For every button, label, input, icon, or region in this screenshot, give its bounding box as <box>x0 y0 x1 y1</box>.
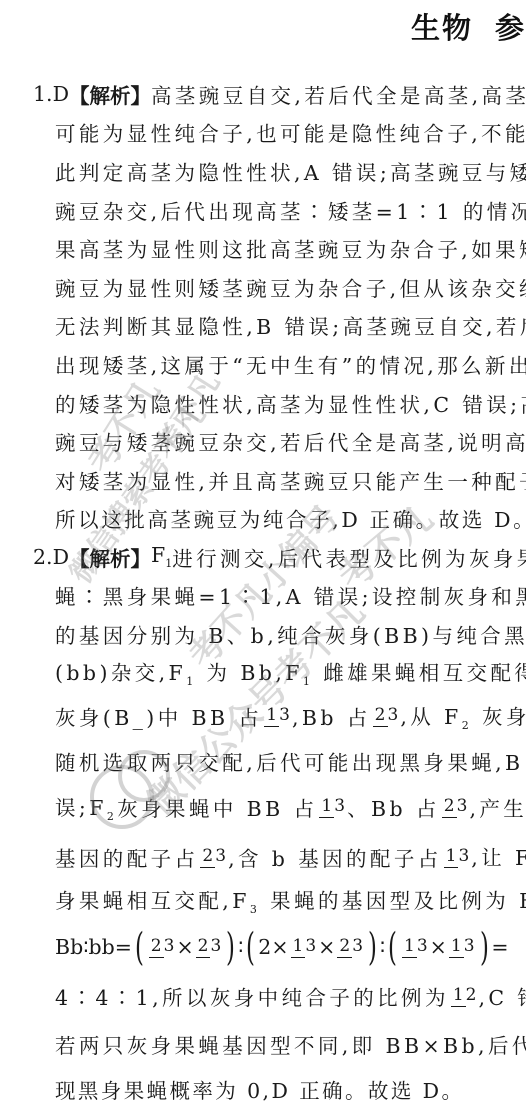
line-text: 现黑身果蝇概率为 0,D 正确。故选 D。 <box>55 1074 464 1104</box>
text-line: 4∶4∶1,所以灰身中纯合子的比例为 12 ,C 错误; <box>55 982 505 1010</box>
fraction: 23 <box>200 846 226 868</box>
fraction: 13 <box>264 705 290 727</box>
line-text: 进行测交,后代表型及比例为灰身果 <box>172 542 526 572</box>
fraction: 13 <box>319 796 345 818</box>
line-text: F1 <box>151 543 172 570</box>
line-text: 身果蝇相互交配,F3 果蝇的基因型及比例为 BB∶ <box>55 884 526 916</box>
line-text: 基因的配子占 <box>55 842 198 872</box>
watermark-text: 考不凡 <box>73 368 169 480</box>
text-line: 身果蝇相互交配,F3 果蝇的基因型及比例为 BB∶ <box>55 886 505 914</box>
formula-group: ( 13 × 13 ) <box>385 928 491 966</box>
line-text: 高茎豌豆自交,若后代全是高茎,高茎 <box>151 79 526 109</box>
text-line: 2.D 【解析】 F1 进行测交,后代表型及比例为灰身果 <box>55 543 505 571</box>
formula-line: Bb∶bb= ( 23 × 23 ) ∶ ( 2× 13 × 23 ) ∶ ( … <box>55 933 505 961</box>
text-line: 豌豆杂交,后代出现高茎∶矮茎=1∶1 的情况,如 <box>55 196 505 224</box>
text-line: 的基因分别为 B、b,纯合灰身(BB)与纯合黑身 <box>55 620 505 648</box>
text-line: 对矮茎为显性,并且高茎豌豆只能产生一种配子, <box>55 466 505 494</box>
line-text: ,产生的含 B <box>469 792 526 822</box>
subject-title: 生物 <box>411 11 473 45</box>
fraction: 23 <box>373 705 399 727</box>
text-line: 出现矮茎,这属于“无中生有”的情况,那么新出现 <box>55 350 505 378</box>
line-text: (bb)杂交,F1 为 Bb,F1 雌雄果蝇相互交配得 F2, <box>55 656 526 688</box>
text-line: 豌豆为显性则矮茎豌豆为杂合子,但从该杂交组合 <box>55 273 505 301</box>
header-cut-text: 参 <box>495 11 526 45</box>
line-text: 果高茎为显性则这批高茎豌豆为杂合子,如果矮茎 <box>55 233 526 263</box>
text-line: 豌豆与矮茎豌豆杂交,若后代全是高茎,说明高茎 <box>55 427 505 455</box>
line-text: 蝇∶黑身果蝇=1∶1,A 错误;设控制灰身和黑身 <box>55 580 526 610</box>
item-number: 2.D <box>33 545 69 569</box>
line-text: 、Bb 占 <box>347 792 440 822</box>
line-text: ,含 b 基因的配子占 <box>228 842 442 872</box>
page-header: 生物参 <box>411 6 526 46</box>
item-number: 1.D <box>33 82 69 106</box>
line-text: 灰身(B_)中 BB 占 <box>55 701 262 731</box>
line-text: 豌豆与矮茎豌豆杂交,若后代全是高茎,说明高茎 <box>55 426 526 456</box>
text-line: 此判定高茎为隐性性状,A 错误;高茎豌豆与矮茎 <box>55 157 505 185</box>
text-line: 1.D 【解析】 高茎豌豆自交,若后代全是高茎,高茎 <box>55 80 505 108</box>
fraction: 12 <box>451 985 477 1007</box>
text-line: 所以这批高茎豌豆为纯合子,D 正确。故选 D。 <box>55 504 505 532</box>
line-text: 无法判断其显隐性,B 错误;高茎豌豆自交,若后代 <box>55 310 526 340</box>
line-text: Bb∶bb= <box>55 935 132 959</box>
line-text: 若两只灰身果蝇基因型不同,即 BB×Bb,后代出 <box>55 1029 526 1059</box>
analysis-tag: 【解析】 <box>69 79 151 109</box>
line-text: ,让 F2 的灰 <box>471 841 526 873</box>
line-text: 豌豆杂交,后代出现高茎∶矮茎=1∶1 的情况,如 <box>55 195 526 225</box>
line-text: 可能为显性纯合子,也可能是隐性纯合子,不能就 <box>55 117 526 147</box>
formula-group: ( 2× 13 × 23 ) <box>243 928 379 966</box>
text-line: 可能为显性纯合子,也可能是隐性纯合子,不能就 <box>55 118 505 146</box>
text-line: 基因的配子占 23 ,含 b 基因的配子占 13 ,让 F2 的灰 <box>55 843 505 871</box>
formula-group: ( 23 × 23 ) <box>132 928 238 966</box>
line-text: ,从 F2 灰身果蝇中 <box>400 700 526 732</box>
text-line: 现黑身果蝇概率为 0,D 正确。故选 D。 <box>55 1075 505 1103</box>
line-text: 所以这批高茎豌豆为纯合子,D 正确。故选 D。 <box>55 503 526 533</box>
fraction: 23 <box>442 796 468 818</box>
analysis-tag: 【解析】 <box>69 542 151 572</box>
text-line: 蝇∶黑身果蝇=1∶1,A 错误;设控制灰身和黑身 <box>55 581 505 609</box>
equals-sign: = <box>491 935 508 959</box>
line-text: 的基因分别为 B、b,纯合灰身(BB)与纯合黑身 <box>55 619 526 649</box>
text-line: 果高茎为显性则这批高茎豌豆为杂合子,如果矮茎 <box>55 234 505 262</box>
fraction: 13 <box>444 846 470 868</box>
text-line: 的矮茎为隐性性状,高茎为显性性状,C 错误;高茎 <box>55 389 505 417</box>
line-text: 4∶4∶1,所以灰身中纯合子的比例为 <box>55 981 449 1011</box>
line-text: 豌豆为显性则矮茎豌豆为杂合子,但从该杂交组合 <box>55 272 526 302</box>
line-text: 对矮茎为显性,并且高茎豌豆只能产生一种配子, <box>55 465 526 495</box>
wechat-icon <box>118 750 170 802</box>
line-text: 的矮茎为隐性性状,高茎为显性性状,C 错误;高茎 <box>55 388 526 418</box>
line-text: 此判定高茎为隐性性状,A 错误;高茎豌豆与矮茎 <box>55 156 526 186</box>
line-text: ,C 错误; <box>479 981 526 1011</box>
text-line: 灰身(B_)中 BB 占 13 ,Bb 占 23 ,从 F2 灰身果蝇中 <box>55 702 505 730</box>
line-text: 出现矮茎,这属于“无中生有”的情况,那么新出现 <box>55 349 526 379</box>
text-line: 无法判断其显隐性,B 错误;高茎豌豆自交,若后代 <box>55 311 505 339</box>
line-text: ,Bb 占 <box>292 701 371 731</box>
text-line: 若两只灰身果蝇基因型不同,即 BB×Bb,后代出 <box>55 1030 505 1058</box>
text-line: (bb)杂交,F1 为 Bb,F1 雌雄果蝇相互交配得 F2, <box>55 658 505 686</box>
